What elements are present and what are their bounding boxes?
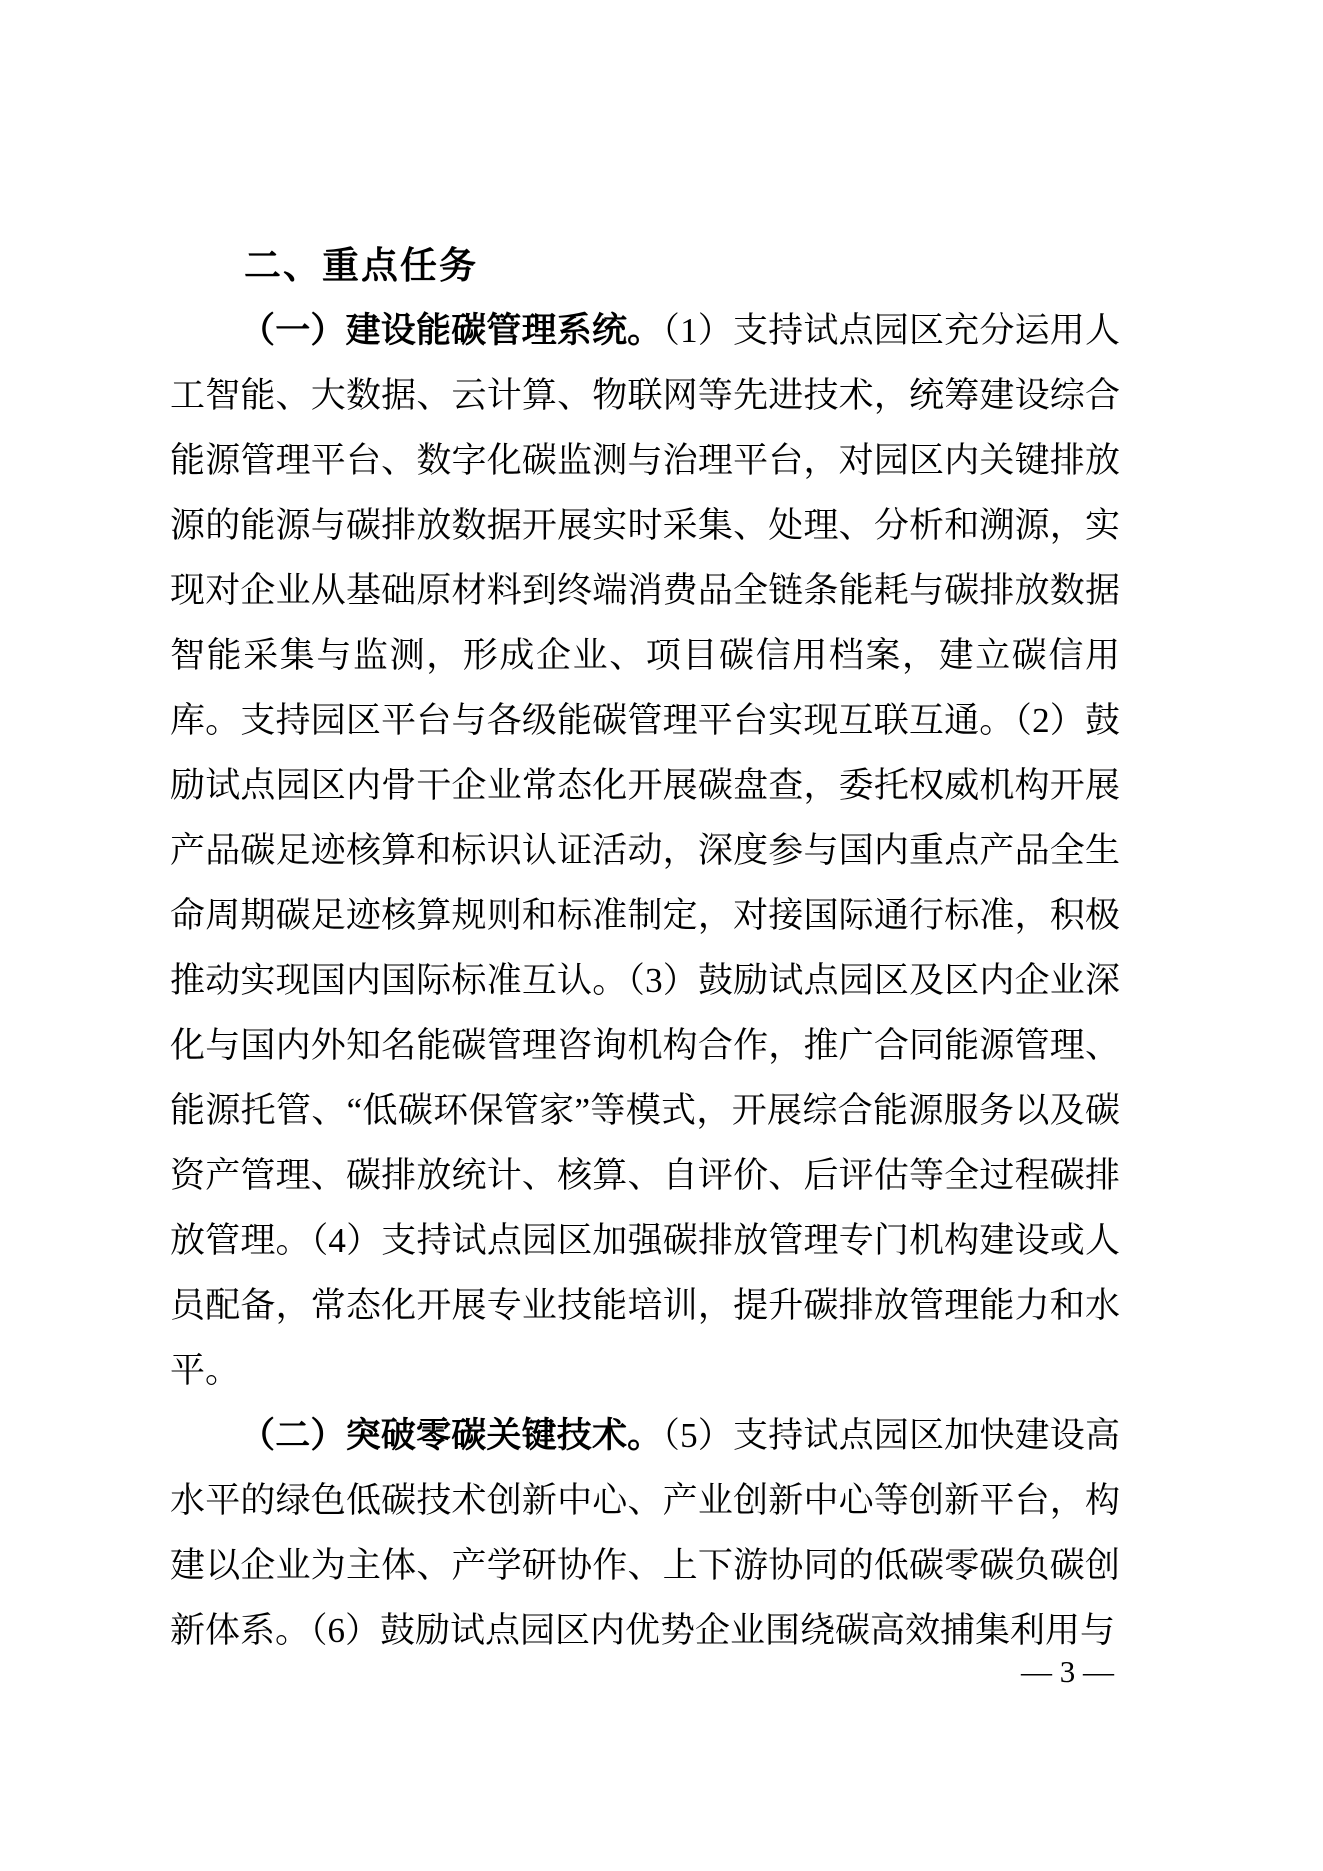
page-number: — 3 —	[1000, 1649, 1135, 1694]
document-page: 二、重点任务 （一）建设能碳管理系统。（1）支持试点园区充分运用人工智能、大数据…	[0, 0, 1323, 1871]
paragraph-2-lead: （二）突破零碳关键技术。	[240, 1416, 662, 1455]
document-content: 二、重点任务 （一）建设能碳管理系统。（1）支持试点园区充分运用人工智能、大数据…	[170, 233, 1120, 1663]
section-heading: 二、重点任务	[170, 233, 1120, 298]
paragraph-1-lead: （一）建设能碳管理系统。	[240, 311, 662, 350]
paragraph-2: （二）突破零碳关键技术。（5）支持试点园区加快建设高水平的绿色低碳技术创新中心、…	[170, 1403, 1120, 1663]
paragraph-1-body: （1）支持试点园区充分运用人工智能、大数据、云计算、物联网等先进技术，统筹建设综…	[170, 311, 1120, 1390]
paragraph-1: （一）建设能碳管理系统。（1）支持试点园区充分运用人工智能、大数据、云计算、物联…	[170, 298, 1120, 1403]
